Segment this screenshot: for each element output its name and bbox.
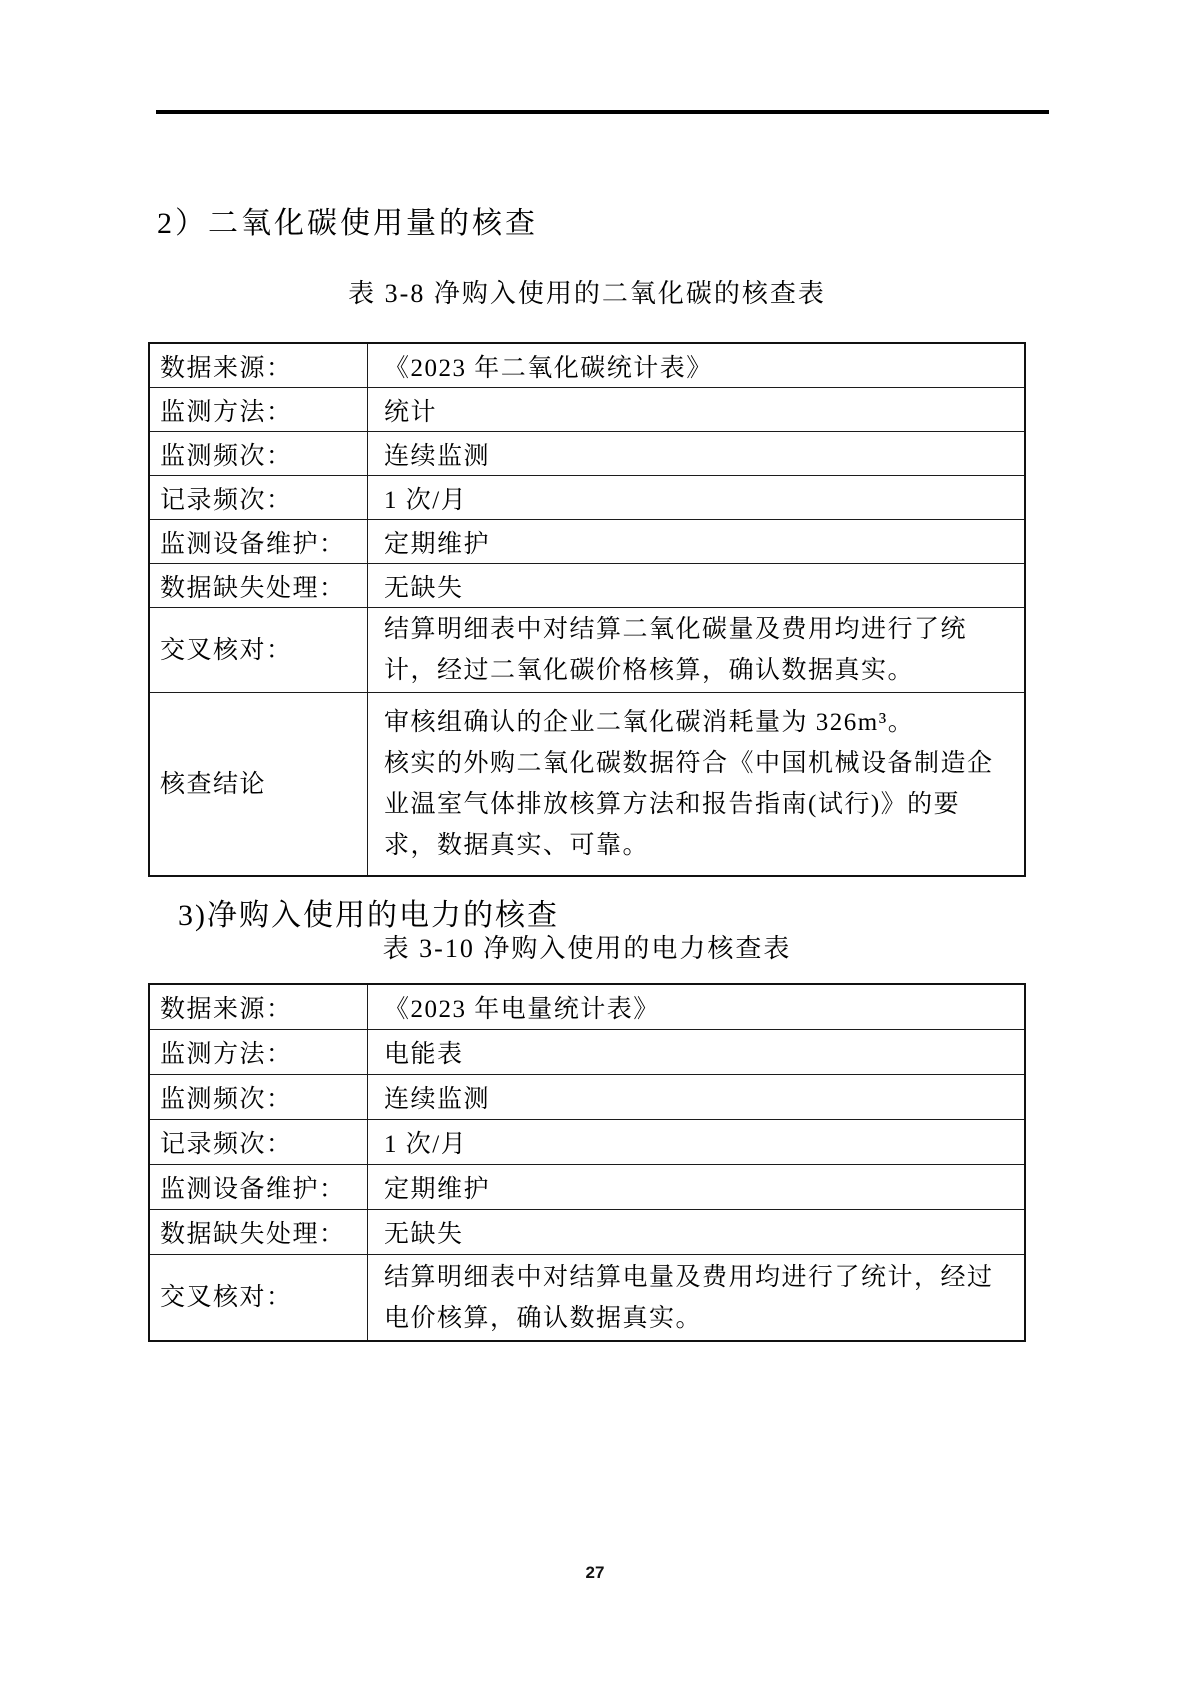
row-value: 定期维护 (368, 520, 1026, 564)
row-label: 交叉核对： (149, 1255, 368, 1342)
section-heading-co2: 2）二氧化碳使用量的核查 (157, 201, 538, 247)
row-value: 审核组确认的企业二氧化碳消耗量为 326m³。 核实的外购二氧化碳数据符合《中国… (368, 693, 1026, 877)
row-label: 记录频次： (149, 476, 368, 520)
row-value: 统计 (368, 388, 1026, 432)
table-row: 监测设备维护： 定期维护 (149, 1165, 1025, 1210)
table-row: 数据来源： 《2023 年二氧化碳统计表》 (149, 343, 1025, 388)
table-row: 核查结论 审核组确认的企业二氧化碳消耗量为 326m³。 核实的外购二氧化碳数据… (149, 693, 1025, 877)
co2-table-body: 数据来源： 《2023 年二氧化碳统计表》 监测方法： 统计 监测频次： 连续监… (149, 343, 1025, 876)
row-label: 数据来源： (149, 343, 368, 388)
table-row: 监测设备维护： 定期维护 (149, 520, 1025, 564)
row-label: 数据缺失处理： (149, 1210, 368, 1255)
table-row: 交叉核对： 结算明细表中对结算电量及费用均进行了统计，经过 电价核算，确认数据真… (149, 1255, 1025, 1342)
table-row: 监测频次： 连续监测 (149, 432, 1025, 476)
table-caption-power: 表 3-10 净购入使用的电力核查表 (148, 932, 1026, 966)
row-label: 交叉核对： (149, 608, 368, 693)
co2-verification-table: 数据来源： 《2023 年二氧化碳统计表》 监测方法： 统计 监测频次： 连续监… (148, 342, 1026, 877)
table-row: 数据来源： 《2023 年电量统计表》 (149, 984, 1025, 1030)
row-value: 无缺失 (368, 1210, 1026, 1255)
row-value: 电能表 (368, 1030, 1026, 1075)
row-value: 《2023 年电量统计表》 (368, 984, 1026, 1030)
row-value: 定期维护 (368, 1165, 1026, 1210)
table-row: 交叉核对： 结算明细表中对结算二氧化碳量及费用均进行了统 计，经过二氧化碳价格核… (149, 608, 1025, 693)
document-page: { "page": { "number": "27" }, "section_c… (0, 0, 1190, 1683)
row-label: 监测设备维护： (149, 1165, 368, 1210)
power-table-body: 数据来源： 《2023 年电量统计表》 监测方法： 电能表 监测频次： 连续监测… (149, 984, 1025, 1341)
row-value: 结算明细表中对结算二氧化碳量及费用均进行了统 计，经过二氧化碳价格核算，确认数据… (368, 608, 1026, 693)
row-label: 监测方法： (149, 388, 368, 432)
row-value: 1 次/月 (368, 1120, 1026, 1165)
row-label: 核查结论 (149, 693, 368, 877)
row-value: 1 次/月 (368, 476, 1026, 520)
row-label: 记录频次： (149, 1120, 368, 1165)
row-label: 数据来源： (149, 984, 368, 1030)
row-value: 连续监测 (368, 1075, 1026, 1120)
table-row: 监测频次： 连续监测 (149, 1075, 1025, 1120)
table-row: 记录频次： 1 次/月 (149, 1120, 1025, 1165)
row-value: 结算明细表中对结算电量及费用均进行了统计，经过 电价核算，确认数据真实。 (368, 1255, 1026, 1342)
row-label: 监测频次： (149, 1075, 368, 1120)
table-row: 数据缺失处理： 无缺失 (149, 564, 1025, 608)
row-label: 监测频次： (149, 432, 368, 476)
table-row: 数据缺失处理： 无缺失 (149, 1210, 1025, 1255)
row-label: 监测设备维护： (149, 520, 368, 564)
page-number: 27 (0, 1563, 1190, 1583)
row-value: 无缺失 (368, 564, 1026, 608)
row-value: 连续监测 (368, 432, 1026, 476)
row-label: 监测方法： (149, 1030, 368, 1075)
page-header-rule (156, 110, 1049, 114)
power-verification-table: 数据来源： 《2023 年电量统计表》 监测方法： 电能表 监测频次： 连续监测… (148, 983, 1026, 1342)
table-row: 记录频次： 1 次/月 (149, 476, 1025, 520)
row-value: 《2023 年二氧化碳统计表》 (368, 343, 1026, 388)
table-row: 监测方法： 统计 (149, 388, 1025, 432)
table-caption-co2: 表 3-8 净购入使用的二氧化碳的核查表 (148, 277, 1026, 311)
row-label: 数据缺失处理： (149, 564, 368, 608)
table-row: 监测方法： 电能表 (149, 1030, 1025, 1075)
